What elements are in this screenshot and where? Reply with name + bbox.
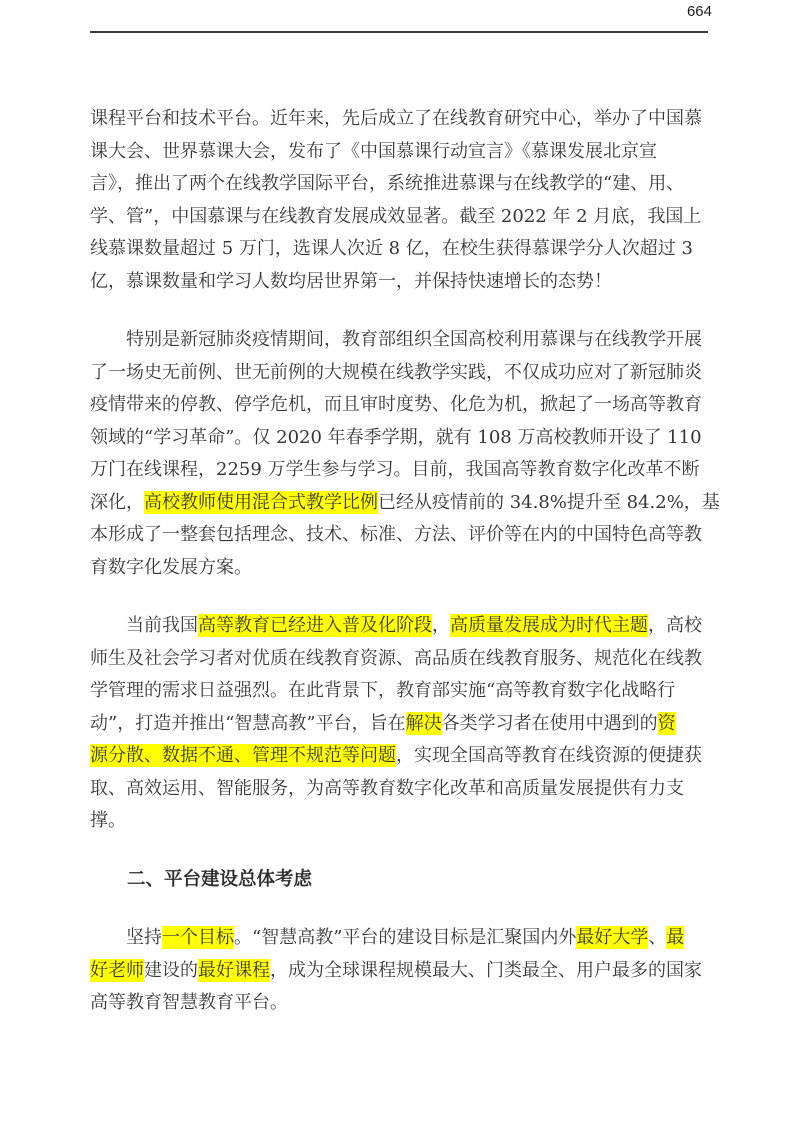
highlighted-text: 解决: [406, 712, 442, 735]
text-line: 师生及社会学习者对优质在线教育资源、高品质在线教育服务、规范化在线教: [90, 643, 710, 676]
highlighted-text: 一个目标: [162, 926, 234, 949]
body-text: 建设的: [144, 960, 198, 981]
body-text: 已经从疫情前的 34.8%提升至 84.2%，基: [378, 492, 720, 513]
header-rule: [90, 31, 708, 33]
highlighted-text: 好老师: [90, 959, 144, 982]
body-text: 领域的“学习革命”。仅 2020 年春季学期，就有 108 万高校教师开设了 1…: [90, 427, 702, 448]
text-line: 线慕课数量超过 5 万门，选课人次近 8 亿，在校生获得慕课学分人次超过 3: [90, 233, 710, 266]
text-line: 课程平台和技术平台。近年来，先后成立了在线教育研究中心，举办了中国慕: [90, 103, 710, 136]
body-text: 学、管”，中国慕课与在线教育发展成效显著。截至 2022 年 2 月底，我国上: [90, 206, 701, 227]
page-number: 664: [687, 2, 712, 22]
text-line: 坚持一个目标。“智慧高教”平台的建设目标是汇聚国内外最好大学、最: [90, 922, 710, 955]
body-text: 当前我国: [126, 615, 198, 636]
body-text: ，高校: [648, 615, 702, 636]
body-text: 线慕课数量超过 5 万门，选课人次近 8 亿，在校生获得慕课学分人次超过 3: [90, 238, 693, 259]
body-text: 课大会、世界慕课大会，发布了《中国慕课行动宣言》《慕课发展北京宣: [90, 141, 657, 162]
highlighted-text: 高等教育已经进入普及化阶段: [198, 614, 432, 637]
body-text: 动”，打造并推出“智慧高教”平台，旨在: [90, 713, 406, 734]
body-text: 取、高效运用、智能服务，为高等教育数字化改革和高质量发展提供有力支: [90, 778, 684, 799]
text-line: 取、高效运用、智能服务，为高等教育数字化改革和高质量发展提供有力支: [90, 773, 710, 806]
body-text: 疫情带来的停教、停学危机，而且审时度势、化危为机，掀起了一场高等教育: [90, 394, 702, 415]
body-text: 课程平台和技术平台。近年来，先后成立了在线教育研究中心，举办了中国慕: [90, 108, 702, 129]
highlighted-text: 最: [666, 926, 684, 949]
text-line: 特别是新冠肺炎疫情期间，教育部组织全国高校利用慕课与在线教学开展: [90, 324, 710, 357]
text-line: 源分散、数据不通、管理不规范等问题，实现全国高等教育在线资源的便捷获: [90, 740, 710, 773]
text-line: 深化，高校教师使用混合式教学比例已经从疫情前的 34.8%提升至 84.2%，基: [90, 487, 710, 520]
text-line: 高等教育智慧教育平台。: [90, 987, 710, 1020]
body-text: ，: [432, 615, 450, 636]
body-text: 深化，: [90, 492, 144, 513]
text-line: 本形成了一整套包括理念、技术、标准、方法、评价等在内的中国特色高等教: [90, 519, 710, 552]
section-heading: 二、平台建设总体考虑: [90, 864, 710, 897]
body-text: 撑。: [90, 810, 126, 831]
body-text: ，实现全国高等教育在线资源的便捷获: [396, 745, 702, 766]
paragraph: 特别是新冠肺炎疫情期间，教育部组织全国高校利用慕课与在线教学开展了一场史无前例、…: [90, 324, 710, 584]
text-line: 课大会、世界慕课大会，发布了《中国慕课行动宣言》《慕课发展北京宣: [90, 136, 710, 169]
highlighted-text: 源分散、数据不通、管理不规范等问题: [90, 744, 396, 767]
body-text: 了一场史无前例、世无前例的大规模在线教学实践，不仅成功应对了新冠肺炎: [90, 362, 702, 383]
text-line: 了一场史无前例、世无前例的大规模在线教学实践，不仅成功应对了新冠肺炎: [90, 357, 710, 390]
body-text: 高等教育智慧教育平台。: [90, 992, 288, 1013]
body-text: 各类学习者在使用中遇到的: [442, 713, 658, 734]
paragraph: 当前我国高等教育已经进入普及化阶段，高质量发展成为时代主题，高校师生及社会学习者…: [90, 610, 710, 838]
highlighted-text: 资: [658, 712, 676, 735]
highlighted-text: 最好课程: [198, 959, 270, 982]
text-line: 当前我国高等教育已经进入普及化阶段，高质量发展成为时代主题，高校: [90, 610, 710, 643]
body-text: 。“智慧高教”平台的建设目标是汇聚国内外: [234, 927, 576, 948]
body-text: 、: [648, 927, 666, 948]
text-line: 撑。: [90, 805, 710, 838]
body-text: 万门在线课程，2259 万学生参与学习。目前，我国高等教育数字化改革不断: [90, 459, 700, 480]
text-line: 学、管”，中国慕课与在线教育发展成效显著。截至 2022 年 2 月底，我国上: [90, 201, 710, 234]
document-content: 课程平台和技术平台。近年来，先后成立了在线教育研究中心，举办了中国慕课大会、世界…: [90, 103, 710, 1046]
paragraph: 课程平台和技术平台。近年来，先后成立了在线教育研究中心，举办了中国慕课大会、世界…: [90, 103, 710, 298]
body-text: 育数字化发展方案。: [90, 557, 252, 578]
paragraph: 坚持一个目标。“智慧高教”平台的建设目标是汇聚国内外最好大学、最好老师建设的最好…: [90, 922, 710, 1020]
text-line: 万门在线课程，2259 万学生参与学习。目前，我国高等教育数字化改革不断: [90, 454, 710, 487]
text-line: 育数字化发展方案。: [90, 552, 710, 585]
body-text: 师生及社会学习者对优质在线教育资源、高品质在线教育服务、规范化在线教: [90, 648, 702, 669]
document-page: 664 课程平台和技术平台。近年来，先后成立了在线教育研究中心，举办了中国慕课大…: [0, 0, 793, 1122]
text-line: 学管理的需求日益强烈。在此背景下，教育部实施“高等教育数字化战略行: [90, 675, 710, 708]
body-text: 亿，慕课数量和学习人数均居世界第一，并保持快速增长的态势！: [90, 271, 612, 292]
body-text: 坚持: [126, 927, 162, 948]
body-text: ，成为全球课程规模最大、门类最全、用户最多的国家: [270, 960, 702, 981]
highlighted-text: 高校教师使用混合式教学比例: [144, 491, 378, 514]
body-text: 言》，推出了两个在线教学国际平台，系统推进慕课与在线教学的“建、用、: [90, 173, 684, 194]
body-text: 特别是新冠肺炎疫情期间，教育部组织全国高校利用慕课与在线教学开展: [126, 329, 702, 350]
text-line: 动”，打造并推出“智慧高教”平台，旨在解决各类学习者在使用中遇到的资: [90, 708, 710, 741]
highlighted-text: 最好大学: [576, 926, 648, 949]
text-line: 好老师建设的最好课程，成为全球课程规模最大、门类最全、用户最多的国家: [90, 955, 710, 988]
text-line: 亿，慕课数量和学习人数均居世界第一，并保持快速增长的态势！: [90, 266, 710, 299]
text-line: 领域的“学习革命”。仅 2020 年春季学期，就有 108 万高校教师开设了 1…: [90, 422, 710, 455]
body-text: 学管理的需求日益强烈。在此背景下，教育部实施“高等教育数字化战略行: [90, 680, 675, 701]
body-text: 本形成了一整套包括理念、技术、标准、方法、评价等在内的中国特色高等教: [90, 524, 702, 545]
highlighted-text: 高质量发展成为时代主题: [450, 614, 648, 637]
text-line: 疫情带来的停教、停学危机，而且审时度势、化危为机，掀起了一场高等教育: [90, 389, 710, 422]
text-line: 言》，推出了两个在线教学国际平台，系统推进慕课与在线教学的“建、用、: [90, 168, 710, 201]
